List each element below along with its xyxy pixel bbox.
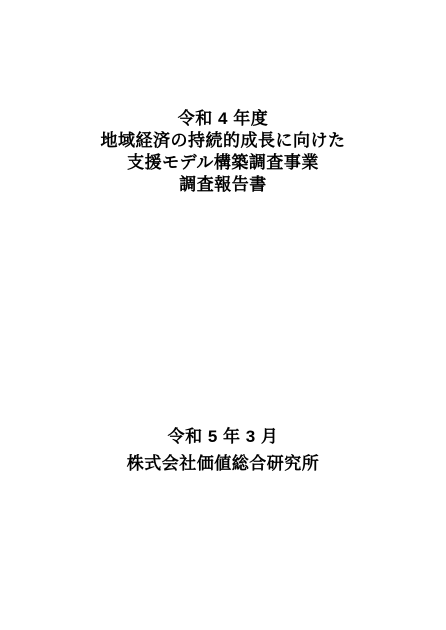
publisher-name: 株式会社価値総合研究所 xyxy=(0,450,446,477)
report-title-block: 令和 4 年度 地域経済の持続的成長に向けた 支援モデル構築調査事業 調査報告書 xyxy=(0,108,446,196)
title-line-project-theme: 地域経済の持続的成長に向けた xyxy=(0,130,446,152)
title-line-fiscal-year: 令和 4 年度 xyxy=(0,108,446,130)
title-line-report-type: 調査報告書 xyxy=(0,174,446,196)
publication-date: 令和 5 年 3 月 xyxy=(0,423,446,450)
publication-info-block: 令和 5 年 3 月 株式会社価値総合研究所 xyxy=(0,423,446,477)
report-cover-page: 令和 4 年度 地域経済の持続的成長に向けた 支援モデル構築調査事業 調査報告書… xyxy=(0,0,446,630)
title-line-project-name: 支援モデル構築調査事業 xyxy=(0,152,446,174)
